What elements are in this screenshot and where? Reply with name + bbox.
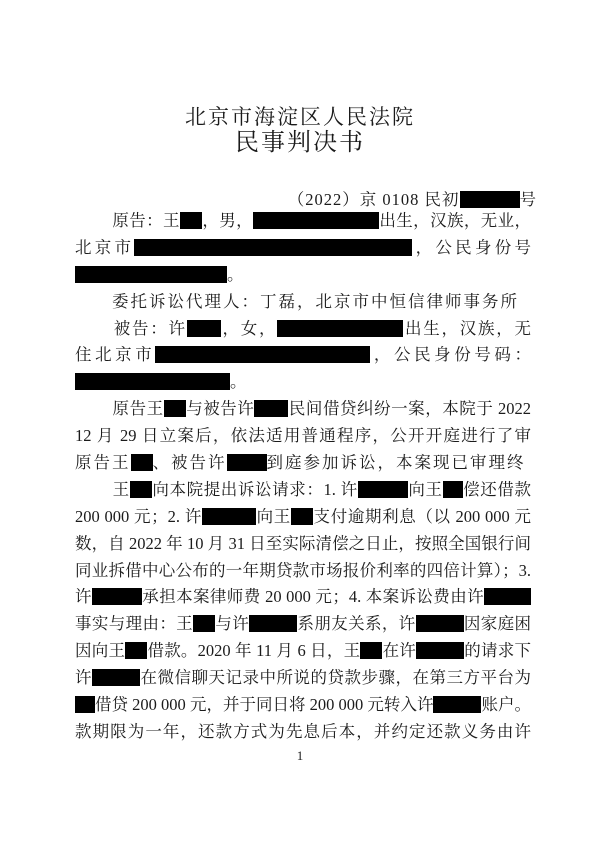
redaction-box — [416, 642, 464, 659]
text-run: 因向王 — [75, 641, 125, 660]
text-run: （2022）京 0108 民初 — [288, 190, 460, 209]
text-run: 委托诉讼代理人：丁磊，北京市中恒信律师事务所律师。 — [75, 292, 519, 316]
redaction-box — [180, 212, 202, 229]
document-line: 被告：许，女，出生，汉族，无业， — [75, 316, 531, 343]
redaction-box — [277, 320, 403, 337]
text-run: 。 — [227, 265, 246, 284]
redaction-box — [291, 508, 313, 525]
redaction-box — [92, 669, 140, 686]
redaction-box — [164, 400, 186, 417]
document-line: 许承担本案律师费 20 000 元；4. 本案诉讼费由许承担。 — [75, 584, 531, 611]
text-run: 偿还借款 — [463, 480, 531, 499]
redaction-box — [358, 481, 408, 498]
redaction-box — [193, 615, 215, 632]
document-line: 住北京市，公民身份号码： — [75, 342, 531, 369]
text-run: 12 月 29 日立案后，依法适用普通程序，公开开庭进行了审理。 — [75, 426, 531, 450]
redaction-box — [253, 212, 379, 229]
document-line: 数，自 2022 年 10 月 31 日至实际清偿之日止，按照全国银行间 — [75, 531, 531, 558]
text-run: 许 — [75, 668, 92, 687]
document-line: 同业拆借中心公布的一年期贷款市场报价利率的四倍计算）；3. — [75, 558, 531, 585]
document-line: 事实与理由：王与许系朋友关系，许因家庭困难等原 — [75, 611, 531, 638]
paragraph-indent — [75, 494, 112, 495]
redaction-box — [155, 346, 370, 363]
document-line: 200 000 元；2. 许向王支付逾期利息（以 200 000 元为基 — [75, 504, 531, 531]
document-line: 因向王借款。2020 年 11 月 6 日，王在许的请求下按照 — [75, 638, 531, 665]
redaction-box — [416, 615, 464, 632]
text-run: 200 000 元；2. 许 — [75, 507, 202, 526]
document-line: 原告王与被告许民间借贷纠纷一案，本院于 2022 年 — [75, 396, 531, 423]
text-run: 北京市 — [75, 238, 134, 257]
page-number: 1 — [0, 748, 600, 764]
redaction-box — [75, 696, 95, 713]
redaction-box — [187, 320, 221, 337]
redaction-box — [249, 615, 297, 632]
redaction-box — [131, 454, 153, 471]
paragraph-indent — [75, 225, 112, 226]
judgment-page: 北京市海淀区人民法院 民事判决书 （2022）京 0108 民初号 原告：王，男… — [0, 0, 600, 849]
text-run: 住北京市 — [75, 345, 155, 364]
document-body: 原告：王，男，出生，汉族，无业，住北京市，公民身份号码：。委托诉讼代理人：丁磊，… — [75, 208, 531, 746]
document-line: 原告王、被告许到庭参加诉讼，本案现已审理终结。 — [75, 450, 531, 477]
document-line: 北京市，公民身份号码： — [75, 235, 531, 262]
document-type-title: 民事判决书 — [0, 122, 600, 157]
text-run: 号 — [520, 190, 538, 209]
text-run: 向本院提出诉讼请求：1. 许 — [152, 480, 358, 499]
document-line: 王向本院提出诉讼请求：1. 许向王偿还借款 — [75, 477, 531, 504]
text-run: 事实与理由：王 — [75, 614, 193, 633]
text-run: 在许 — [382, 641, 416, 660]
text-run: 向王 — [408, 480, 443, 499]
document-line: 款期限为一年，还款方式为先息后本，并约定还款义务由许 — [75, 719, 531, 746]
redaction-box — [227, 454, 267, 471]
text-run: 原告：王 — [112, 211, 180, 230]
redaction-box — [125, 642, 147, 659]
text-run: 借款。2020 年 11 月 6 日，王 — [147, 641, 360, 660]
text-run: 向王 — [256, 507, 291, 526]
redaction-box — [484, 588, 531, 605]
redaction-box — [75, 266, 227, 283]
text-run: ，公民身份号码： — [370, 345, 531, 364]
redaction-box — [460, 191, 520, 208]
redaction-box — [360, 642, 382, 659]
text-run: 承担本案律师费 20 000 元；4. 本案诉讼费由许 — [142, 587, 484, 606]
text-run: 王 — [112, 480, 130, 499]
text-run: 被告：许 — [112, 319, 187, 338]
redaction-box — [92, 588, 142, 605]
document-line: 。 — [75, 262, 531, 289]
document-line: 委托诉讼代理人：丁磊，北京市中恒信律师事务所律师。 — [75, 289, 531, 316]
text-run: 同业拆借中心公布的一年期贷款市场报价利率的四倍计算）；3. — [75, 561, 531, 580]
redaction-box — [254, 400, 288, 417]
text-run: 款期限为一年，还款方式为先息后本，并约定还款义务由许 — [75, 722, 531, 741]
redaction-box — [75, 373, 230, 390]
text-run: 许 — [75, 587, 92, 606]
redaction-box — [433, 696, 481, 713]
document-line: 。 — [75, 369, 531, 396]
redaction-box — [202, 508, 256, 525]
text-run: 原告王 — [112, 399, 164, 418]
paragraph-indent — [75, 413, 112, 414]
text-run: 与被告许 — [186, 399, 255, 418]
document-line: 借贷 200 000 元，并于同日将 200 000 元转入许账户。借 — [75, 692, 531, 719]
document-line: 许在微信聊天记录中所说的贷款步骤，在第三方平台为许 — [75, 665, 531, 692]
text-run: 原告王 — [75, 453, 131, 472]
text-run: 在微信聊天记录中所说的贷款步骤，在第三方平台为许 — [75, 668, 531, 692]
text-run: 与许 — [215, 614, 249, 633]
text-run: 系朋友关系，许 — [297, 614, 415, 633]
document-line: 原告：王，男，出生，汉族，无业，住 — [75, 208, 531, 235]
text-run: 。 — [230, 372, 249, 391]
text-run: 、被告许 — [153, 453, 227, 472]
redaction-box — [134, 239, 412, 256]
redaction-box — [130, 481, 152, 498]
text-run: ，男， — [202, 211, 253, 230]
text-run: ，女， — [221, 319, 278, 338]
document-line: 12 月 29 日立案后，依法适用普通程序，公开开庭进行了审理。 — [75, 423, 531, 450]
text-run: 数，自 2022 年 10 月 31 日至实际清偿之日止，按照全国银行间 — [75, 534, 531, 553]
text-run: 借贷 200 000 元，并于同日将 200 000 元转入许 — [95, 695, 433, 714]
paragraph-indent — [75, 333, 112, 334]
paragraph-indent — [75, 306, 112, 307]
redaction-box — [443, 481, 463, 498]
